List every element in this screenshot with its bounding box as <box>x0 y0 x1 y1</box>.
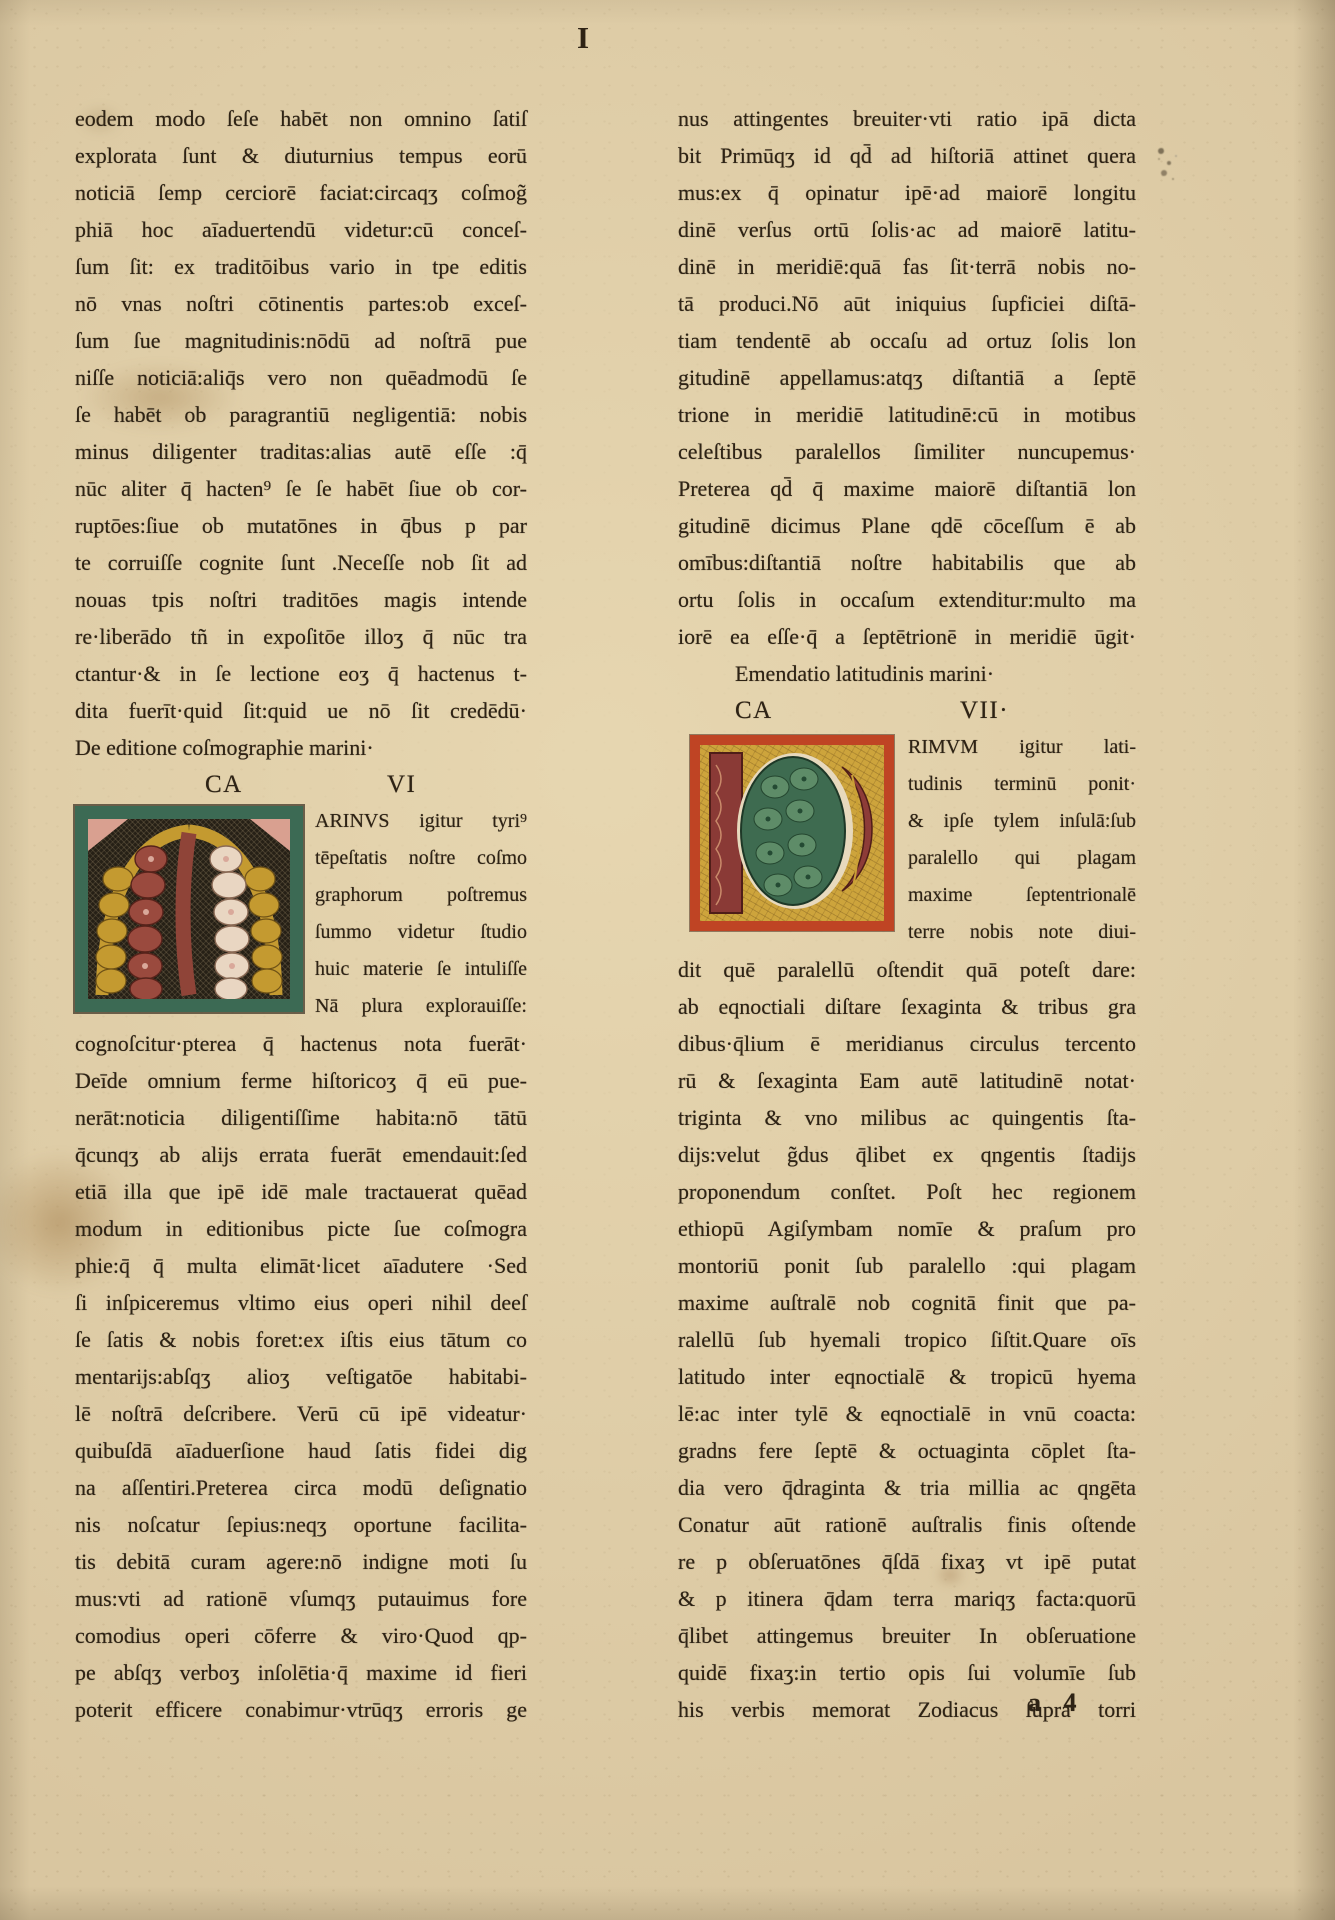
folio-number: I <box>577 20 590 56</box>
illuminated-initial-m <box>75 806 303 1012</box>
text-line: nus attingentes breuiter·vti ratio ipā d… <box>678 100 1136 137</box>
text-line: minus diligenter traditas:alias autē eſſ… <box>75 433 527 470</box>
text-line: ARINVS igitur tyri⁹ <box>315 803 527 840</box>
text-line: mentarijs:abſqʒ alioʒ veſtigatōe habitab… <box>75 1358 527 1395</box>
left-chapter-heading: CA VI <box>75 766 527 803</box>
text-line: terre nobis note diui- <box>908 914 1136 951</box>
book-page: I eodem modo ſeſe habēt non omnino ſatiſ… <box>0 0 1335 1920</box>
text-line: explorata ſunt & diuturnius tempus eorū <box>75 137 527 174</box>
text-line: quibuſdā aīaduerſione haud ſatis fidei d… <box>75 1432 527 1469</box>
text-line: eodem modo ſeſe habēt non omnino ſatiſ <box>75 100 527 137</box>
chapter-number: VII· <box>960 692 1009 729</box>
initial-p-ornament <box>700 745 884 921</box>
text-line: mus:vti ad rationē vſumqʒ putauimus fore <box>75 1580 527 1617</box>
text-line: lē noſtrā deſcribere. Verū cū ipē videat… <box>75 1395 527 1432</box>
text-line: ſe habēt ob paragrantiū negligentiā: nob… <box>75 396 527 433</box>
text-line: ſum ſue magnitudinis:nōdū ad noſtrā pue <box>75 322 527 359</box>
text-line: gradns fere ſeptē & octuaginta cōplet ſt… <box>678 1432 1136 1469</box>
text-line: ortu ſolis in occaſum extenditur:multo m… <box>678 581 1136 618</box>
text-line: na aſſentiri.Preterea circa modū deſigna… <box>75 1469 527 1506</box>
text-line: nerāt:noticia diligentiſſime habita:nō t… <box>75 1099 527 1136</box>
text-line: omībus:diſtantiā noſtre habitabilis que … <box>678 544 1136 581</box>
text-line: dit quē paralellū oſtendit quā poteſt da… <box>678 951 1136 988</box>
text-line: latitudo inter eqnoctialē & tropicū hyem… <box>678 1358 1136 1395</box>
text-line: tēpeſtatis noſtre coſmo <box>315 840 527 877</box>
text-line: nūc aliter q̄ hacten⁹ ſe ſe habēt ſiue o… <box>75 470 527 507</box>
initial-m-ornament <box>88 819 290 999</box>
text-line: ſi inſpiceremus vltimo eius operi nihil … <box>75 1284 527 1321</box>
right-section-title: Emendatio latitudinis marini· <box>678 655 1136 692</box>
text-line: rū & ſexaginta Eam autē latitudinē notat… <box>678 1062 1136 1099</box>
text-line: quidē fixaʒ:in tertio opis ſui volumīe ſ… <box>678 1654 1136 1691</box>
text-line: etiā illa que ipē idē male tractauerat q… <box>75 1173 527 1210</box>
right-column: nus attingentes breuiter·vti ratio ipā d… <box>678 100 1136 1728</box>
text-line: poterit efficere conabimur·vtrūqʒ errori… <box>75 1691 527 1728</box>
text-line: ab eqnoctiali diſtare ſexaginta & tribus… <box>678 988 1136 1025</box>
text-line: iorē ea eſſe·q̄ a ſeptētrionē in meridiē… <box>678 618 1136 655</box>
text-line: ſe ſatis & nobis foret:ex iſtis eius tāt… <box>75 1321 527 1358</box>
left-paragraph-top: eodem modo ſeſe habēt non omnino ſatiſex… <box>75 100 527 729</box>
right-paragraph-top: nus attingentes breuiter·vti ratio ipā d… <box>678 100 1136 655</box>
text-line: phie:q̄ q̄ multa elimāt·licet aīadutere … <box>75 1247 527 1284</box>
text-line: ctantur·& in ſe lectione eoʒ q̄ hactenus… <box>75 655 527 692</box>
text-line: dita fuerīt·quid ſit:quid ue nō ſit cred… <box>75 692 527 729</box>
text-line: trione in meridiē latitudinē:cū in motib… <box>678 396 1136 433</box>
text-line: nouas tpis noſtri traditōes magis intend… <box>75 581 527 618</box>
text-line: tis debitā curam agere:nō indigne moti ſ… <box>75 1543 527 1580</box>
text-line: celeſtibus paralellos ſimiliter nuncupem… <box>678 433 1136 470</box>
text-line: Deīde omnium ferme hiſtoricoʒ q̄ eū pue- <box>75 1062 527 1099</box>
text-line: pe abſqʒ verboʒ inſolētia·q̄ maxime id f… <box>75 1654 527 1691</box>
text-line: nō vnas noſtri cōtinentis partes:ob exce… <box>75 285 527 322</box>
right-initial-wrap-text: RIMVM igitur lati-tudinis terminū ponit·… <box>908 729 1136 951</box>
text-line: cognoſcitur·pterea q̄ hactenus nota fuer… <box>75 1025 527 1062</box>
left-initial-wrap-text: ARINVS igitur tyri⁹tēpeſtatis noſtre coſ… <box>315 803 527 1025</box>
text-line: dinē in meridiē:quā fas ſit·terrā nobis … <box>678 248 1136 285</box>
text-line: re p obſeruatōnes q̄ſdā fixaʒ vt ipē put… <box>678 1543 1136 1580</box>
text-line: comodius operi cōferre & viro·Quod qp- <box>75 1617 527 1654</box>
text-line: ſummo videtur ſtudio <box>315 914 527 951</box>
text-line: noticiā ſemp cerciorē faciat:circaqʒ coſ… <box>75 174 527 211</box>
text-line: gitudinē appellamus:atqʒ diſtantiā a ſep… <box>678 359 1136 396</box>
text-line: dibus·q̄lium ē meridianus circulus terce… <box>678 1025 1136 1062</box>
text-line: niſſe noticiā:aliq̄s vero non quēadmodū … <box>75 359 527 396</box>
text-line: bit Primūqʒ id qd̄ ad hiſtoriā attinet q… <box>678 137 1136 174</box>
text-line: te corruiſſe cognite ſunt .Neceſſe nob ſ… <box>75 544 527 581</box>
text-line: graphorum poſtremus <box>315 877 527 914</box>
text-line: q̄cunqʒ ab alijs errata fuerāt emendauit… <box>75 1136 527 1173</box>
text-line: nis noſcatur ſepius:neqʒ oportune facili… <box>75 1506 527 1543</box>
text-line: Nā plura explorauiſſe: <box>315 988 527 1025</box>
illuminated-initial-p <box>690 735 894 931</box>
left-paragraph-body: cognoſcitur·pterea q̄ hactenus nota fuer… <box>75 1025 527 1728</box>
text-line: ralellū ſub hyemali tropico ſiſtit.Quare… <box>678 1321 1136 1358</box>
text-line: lē:ac inter tylē & eqnoctialē in vnū coa… <box>678 1395 1136 1432</box>
text-line: ethiopū Agiſymbam nomīe & praſum pro <box>678 1210 1136 1247</box>
text-line: tudinis terminū ponit· <box>908 766 1136 803</box>
right-initial-row: RIMVM igitur lati-tudinis terminū ponit·… <box>678 729 1136 951</box>
text-line: tiam tendentē ab occaſu ad ortuz ſolis l… <box>678 322 1136 359</box>
text-line: triginta & vno milibus ac quingentis ſta… <box>678 1099 1136 1136</box>
text-line: montoriū ponit ſub paralello :qui plagam <box>678 1247 1136 1284</box>
text-line: paralello qui plagam <box>908 840 1136 877</box>
text-line: phiā hoc aīaduertendū videtur:cū conceſ- <box>75 211 527 248</box>
text-line: & ipſe tylem inſulā:ſub <box>908 803 1136 840</box>
right-chapter-heading: CA VII· <box>678 692 1136 729</box>
text-line: maxime ſeptentrionalē <box>908 877 1136 914</box>
text-line: gitudinē dicimus Plane qdē cōceſſum ē ab <box>678 507 1136 544</box>
text-line: maxime auſtralē nob cognitā finit que pa… <box>678 1284 1136 1321</box>
text-line: re·liberādo tñ in expoſitōe illoʒ q̄ nūc… <box>75 618 527 655</box>
left-section-title: De editione coſmographie marini· <box>75 729 527 766</box>
text-line: huic materie ſe intuliſſe <box>315 951 527 988</box>
ink-smudge <box>1158 148 1164 154</box>
text-line: mus:ex q̄ opinatur ipē·ad maiorē longitu <box>678 174 1136 211</box>
text-line: dia vero q̄draginta & tria millia ac qng… <box>678 1469 1136 1506</box>
text-line: modum in editionibus picte ſue coſmogra <box>75 1210 527 1247</box>
text-line: ſum ſit: ex traditōibus vario in tpe edi… <box>75 248 527 285</box>
text-line: & p itinera q̄dam terra mariqʒ facta:quo… <box>678 1580 1136 1617</box>
chapter-label: CA <box>735 692 773 729</box>
text-line: ruptōes:ſiue ob mutatōnes in q̄bus p par <box>75 507 527 544</box>
left-column: eodem modo ſeſe habēt non omnino ſatiſex… <box>75 100 527 1728</box>
text-line: Preterea qd̄ q̄ maxime maiorē diſtantiā … <box>678 470 1136 507</box>
text-line: dijs:velut g̃dus q̄libet ex qngentis ſta… <box>678 1136 1136 1173</box>
text-line: tā produci.Nō aūt iniquius ſupficiei diſ… <box>678 285 1136 322</box>
text-line: q̄libet attingemus breuiter In obſeruati… <box>678 1617 1136 1654</box>
text-line: dinē verſus ortū ſolis·ac ad maiorē lati… <box>678 211 1136 248</box>
text-line: RIMVM igitur lati- <box>908 729 1136 766</box>
chapter-label: CA <box>205 766 243 803</box>
signature-mark: a 4 <box>1028 1688 1077 1718</box>
text-line: proponendum conſtet. Poſt hec regionem <box>678 1173 1136 1210</box>
right-paragraph-body: dit quē paralellū oſtendit quā poteſt da… <box>678 951 1136 1728</box>
left-initial-row: ARINVS igitur tyri⁹tēpeſtatis noſtre coſ… <box>75 803 527 1025</box>
chapter-number: VI <box>387 766 416 803</box>
text-line: Conatur aūt rationē auſtralis finis oſte… <box>678 1506 1136 1543</box>
